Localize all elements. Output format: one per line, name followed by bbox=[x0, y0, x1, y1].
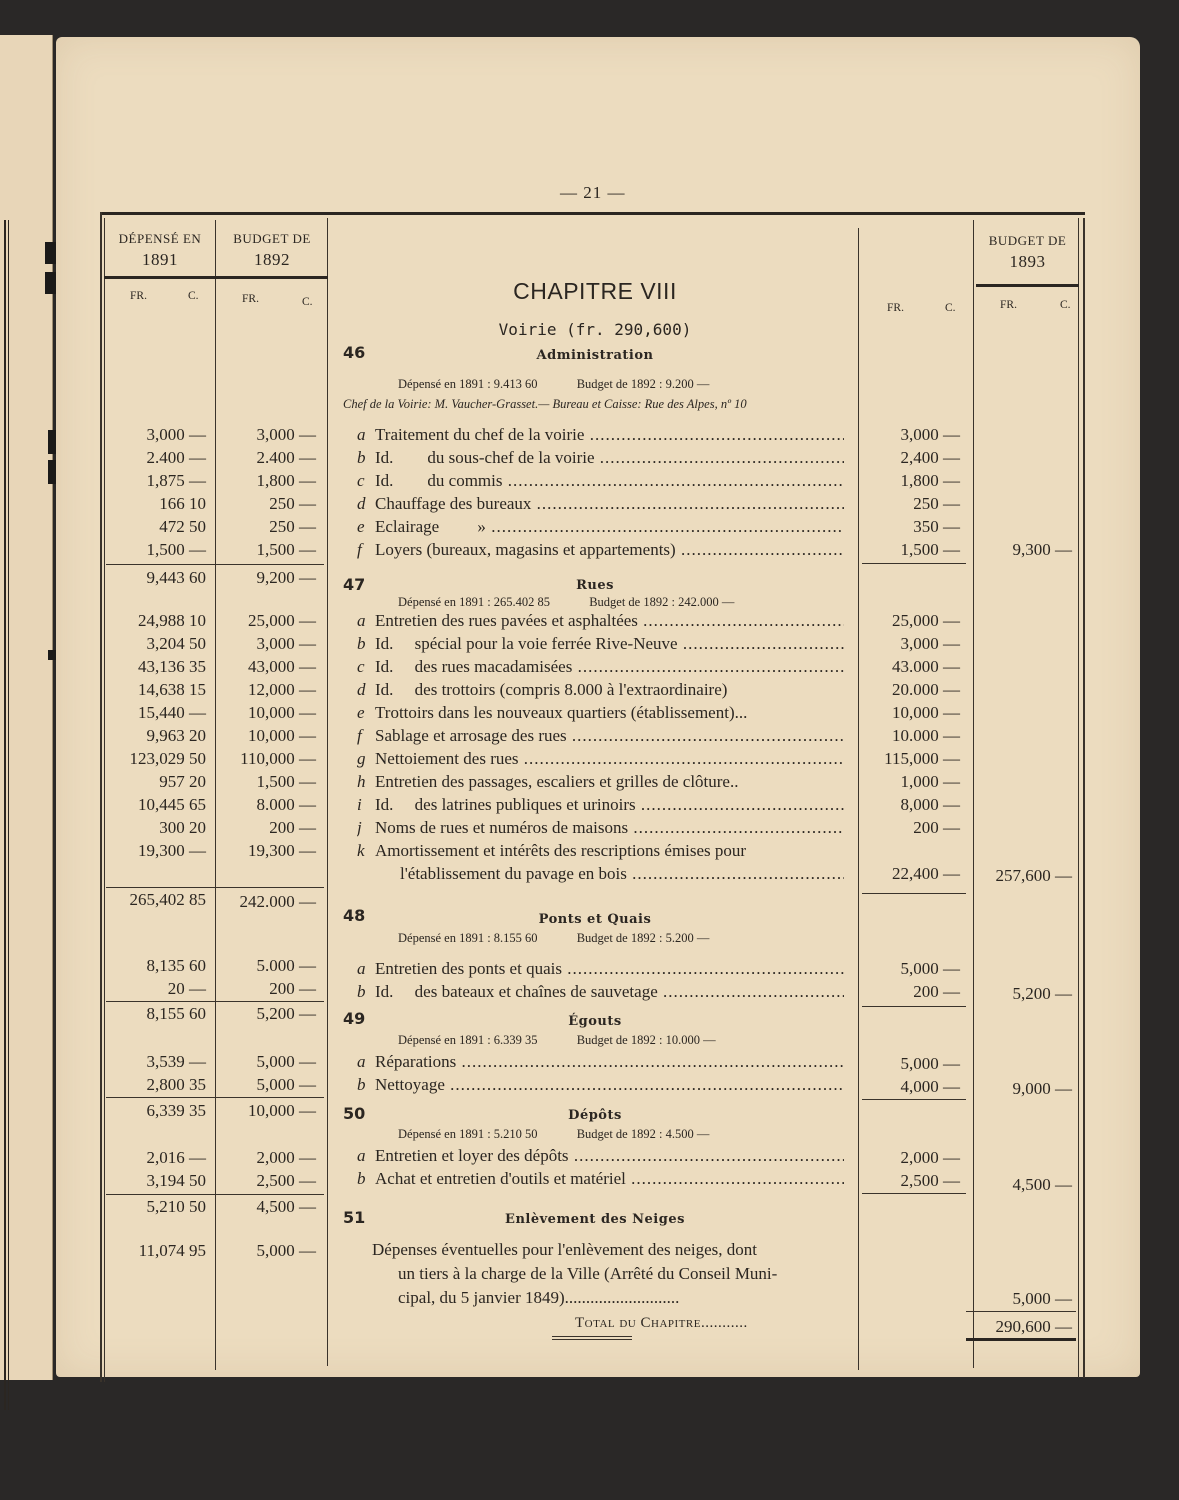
section-prior-info: Dépensé en 1891 : 5.210 50 Budget de 189… bbox=[398, 1127, 709, 1142]
text-line: cipal, du 5 janvier 1849)...............… bbox=[372, 1286, 842, 1310]
text-line: Dépenses éventuelles pour l'enlèvement d… bbox=[372, 1238, 842, 1262]
header-year: 1893 bbox=[975, 251, 1080, 272]
value-1891: 166 10 bbox=[104, 494, 206, 514]
value-1892: 1,800 — bbox=[218, 471, 316, 491]
header-budget-1893: BUDGET DE 1893 bbox=[975, 230, 1080, 272]
item-label: Amortissement et intérêts des rescriptio… bbox=[375, 841, 746, 860]
item-label: Eclairage » bbox=[375, 517, 844, 536]
item-label: Entretien des rues pavées et asphaltées bbox=[375, 611, 844, 630]
section-total-1893: 9,300 — bbox=[975, 540, 1072, 560]
unit-c: C. bbox=[1060, 299, 1071, 311]
subtotal-1891: 8,155 60 bbox=[104, 1004, 206, 1024]
item-description: aEntretien des rues pavées et asphaltées bbox=[357, 611, 844, 631]
value-1891: 20 — bbox=[104, 979, 206, 999]
subtotal-1892: 9,200 — bbox=[218, 568, 316, 588]
col-separator-1 bbox=[215, 220, 216, 1370]
value-1893-item: 4,000 — bbox=[860, 1077, 960, 1097]
value-1893-item: 25,000 — bbox=[860, 611, 960, 631]
section-prior-info: Dépensé en 1891 : 8.155 60 Budget de 189… bbox=[398, 931, 709, 946]
section-title: Enlèvement des Neiges bbox=[340, 1212, 850, 1227]
budget-1892: Budget de 1892 : 9.200 — bbox=[577, 377, 710, 392]
value-1891: 10,445 65 bbox=[104, 795, 206, 815]
value-1892: 10,000 — bbox=[218, 726, 316, 746]
item-description-continued: l'établissement du pavage en bois bbox=[400, 864, 844, 884]
subtotal-rule bbox=[862, 1193, 966, 1194]
item-letter: b bbox=[357, 982, 375, 1002]
subtotal-rule bbox=[106, 887, 324, 888]
value-1892: 200 — bbox=[218, 818, 316, 838]
item-description: cId. des rues macadamisées bbox=[357, 657, 844, 677]
value-1893-item: 1,500 — bbox=[860, 540, 960, 560]
col-separator-4 bbox=[973, 220, 974, 1368]
value-1891: 24,988 10 bbox=[104, 611, 206, 631]
header-title: BUDGET DE bbox=[216, 228, 328, 249]
table-top-border bbox=[100, 212, 1085, 215]
value-1892: 110,000 — bbox=[218, 749, 316, 769]
subtotal-rule bbox=[862, 563, 966, 564]
item-label: Achat et entretien d'outils et matériel bbox=[375, 1169, 844, 1188]
section-total-1893: 5,200 — bbox=[975, 984, 1072, 1004]
header-budget-1892: BUDGET DE 1892 bbox=[216, 228, 328, 270]
total-double-rule bbox=[966, 1338, 1076, 1341]
value-1893-item: 2,500 — bbox=[860, 1171, 960, 1191]
unit-fr: FR. bbox=[242, 293, 259, 305]
chapter-total-value: 290,600 — bbox=[975, 1317, 1072, 1337]
item-letter: b bbox=[357, 634, 375, 654]
value-1893-item: 200 — bbox=[860, 982, 960, 1002]
item-label: Id. spécial pour la voie ferrée Rive-Neu… bbox=[375, 634, 844, 653]
value-1892: 5,000 — bbox=[218, 1075, 316, 1095]
unit-fr: FR. bbox=[887, 302, 904, 314]
item-description: bId. du sous-chef de la voirie bbox=[357, 448, 844, 468]
value-1893-item: 8,000 — bbox=[860, 795, 960, 815]
subtotal-rule bbox=[862, 1006, 966, 1007]
value-1893-item: 10,000 — bbox=[860, 703, 960, 723]
value-1891: 11,074 95 bbox=[104, 1241, 206, 1261]
value-1892: 200 — bbox=[218, 979, 316, 999]
table-right-border bbox=[1083, 218, 1085, 1378]
header-depense-1891: DÉPENSÉ EN 1891 bbox=[104, 228, 216, 270]
subtotal-rule bbox=[106, 1001, 324, 1002]
unit-c: C. bbox=[302, 296, 313, 308]
item-description: eTrottoirs dans les nouveaux quartiers (… bbox=[357, 703, 844, 723]
unit-fr: FR. bbox=[130, 290, 147, 302]
item-letter: e bbox=[357, 517, 375, 537]
item-description: fSablage et arrosage des rues bbox=[357, 726, 844, 746]
item-letter: e bbox=[357, 703, 375, 723]
item-label: Id. des rues macadamisées bbox=[375, 657, 844, 676]
depense-1891: Dépensé en 1891 : 265.402 85 bbox=[398, 595, 550, 610]
item-label: Réparations bbox=[375, 1052, 844, 1071]
item-letter: a bbox=[357, 1052, 375, 1072]
item-label: Id. des bateaux et chaînes de sauvetage bbox=[375, 982, 844, 1001]
chef-line: Chef de la Voirie: M. Vaucher-Grasset.— … bbox=[343, 397, 747, 412]
item-description: dId. des trottoirs (compris 8.000 à l'ex… bbox=[357, 680, 844, 700]
value-1893-item: 10.000 — bbox=[860, 726, 960, 746]
subtotal-rule bbox=[106, 564, 324, 565]
chapter-title: CHAPITRE VIII bbox=[340, 278, 850, 305]
item-description: iId. des latrines publiques et urinoirs bbox=[357, 795, 844, 815]
item-label: Loyers (bureaux, magasins et appartement… bbox=[375, 540, 844, 559]
item-letter: i bbox=[357, 795, 375, 815]
section-title: Dépôts bbox=[340, 1108, 850, 1123]
item-description: bId. des bateaux et chaînes de sauvetage bbox=[357, 982, 844, 1002]
col-separator-2 bbox=[327, 218, 328, 1366]
item-description: aRéparations bbox=[357, 1052, 844, 1072]
section-title: Administration bbox=[340, 348, 850, 363]
value-1892: 25,000 — bbox=[218, 611, 316, 631]
value-1892: 1,500 — bbox=[218, 540, 316, 560]
subtotal-1891: 265,402 85 bbox=[104, 890, 206, 910]
value-1893-item: 200 — bbox=[860, 818, 960, 838]
item-label: Entretien et loyer des dépôts bbox=[375, 1146, 844, 1165]
value-1892: 19,300 — bbox=[218, 841, 316, 861]
value-1893-item: 5,000 — bbox=[860, 1054, 960, 1074]
previous-page-rule bbox=[4, 220, 6, 1410]
value-1893-item: 20.000 — bbox=[860, 680, 960, 700]
value-1892: 250 — bbox=[218, 517, 316, 537]
item-label: Traitement du chef de la voirie bbox=[375, 425, 844, 444]
previous-page-edge bbox=[0, 35, 53, 1380]
item-description: aEntretien et loyer des dépôts bbox=[357, 1146, 844, 1166]
section-prior-info: Dépensé en 1891 : 9.413 60 Budget de 189… bbox=[398, 377, 709, 392]
value-1891: 2,016 — bbox=[104, 1148, 206, 1168]
page-number: — 21 — bbox=[560, 183, 626, 203]
section-total-1893: 5,000 — bbox=[975, 1289, 1072, 1309]
item-letter: d bbox=[357, 494, 375, 514]
item-letter: g bbox=[357, 749, 375, 769]
header-year: 1891 bbox=[104, 249, 216, 270]
item-letter: a bbox=[357, 959, 375, 979]
depense-1891: Dépensé en 1891 : 5.210 50 bbox=[398, 1127, 538, 1142]
value-1893-item: 2,000 — bbox=[860, 1148, 960, 1168]
value-1893-item: 3,000 — bbox=[860, 425, 960, 445]
chapter-total-label: Total du Chapitre........... bbox=[575, 1315, 748, 1332]
col-separator-3 bbox=[858, 228, 859, 1370]
budget-1892: Budget de 1892 : 10.000 — bbox=[577, 1033, 716, 1048]
header-rule-right bbox=[976, 284, 1079, 287]
item-letter: c bbox=[357, 471, 375, 491]
total-rule bbox=[966, 1311, 1076, 1312]
value-1892: 250 — bbox=[218, 494, 316, 514]
section-title: Ponts et Quais bbox=[340, 912, 850, 927]
value-1892: 43,000 — bbox=[218, 657, 316, 677]
section-title: Rues bbox=[340, 578, 850, 593]
value-1891: 1,500 — bbox=[104, 540, 206, 560]
value-1892: 10,000 — bbox=[218, 703, 316, 723]
item-letter: d bbox=[357, 680, 375, 700]
text-line: un tiers à la charge de la Ville (Arrêté… bbox=[372, 1262, 842, 1286]
header-title: BUDGET DE bbox=[975, 230, 1080, 251]
subtotal-1892: 10,000 — bbox=[218, 1101, 316, 1121]
value-1893-item: 22,400 — bbox=[860, 864, 960, 884]
value-1891: 19,300 — bbox=[104, 841, 206, 861]
unit-fr: FR. bbox=[1000, 299, 1017, 311]
value-1893-item: 2,400 — bbox=[860, 448, 960, 468]
section-prior-info: Dépensé en 1891 : 6.339 35 Budget de 189… bbox=[398, 1033, 716, 1048]
item-letter: j bbox=[357, 818, 375, 838]
value-1892: 2.400 — bbox=[218, 448, 316, 468]
value-1891: 300 20 bbox=[104, 818, 206, 838]
item-description: aTraitement du chef de la voirie bbox=[357, 425, 844, 445]
item-description: aEntretien des ponts et quais bbox=[357, 959, 844, 979]
item-label: Id. des latrines publiques et urinoirs bbox=[375, 795, 844, 814]
value-1893-item: 5,000 — bbox=[860, 959, 960, 979]
budget-1892: Budget de 1892 : 5.200 — bbox=[577, 931, 710, 946]
value-1891: 43,136 35 bbox=[104, 657, 206, 677]
value-1891: 9,963 20 bbox=[104, 726, 206, 746]
value-1891: 2,800 35 bbox=[104, 1075, 206, 1095]
value-1892: 8.000 — bbox=[218, 795, 316, 815]
header-title: DÉPENSÉ EN bbox=[104, 228, 216, 249]
item-description: hEntretien des passages, escaliers et gr… bbox=[357, 772, 844, 792]
value-1892: 3,000 — bbox=[218, 634, 316, 654]
value-1891: 3,000 — bbox=[104, 425, 206, 445]
value-1891: 1,875 — bbox=[104, 471, 206, 491]
value-1892: 12,000 — bbox=[218, 680, 316, 700]
subtotal-1891: 9,443 60 bbox=[104, 568, 206, 588]
value-1892: 3,000 — bbox=[218, 425, 316, 445]
value-1891: 957 20 bbox=[104, 772, 206, 792]
value-1891: 2.400 — bbox=[104, 448, 206, 468]
previous-page-rule bbox=[8, 220, 9, 1410]
item-letter: b bbox=[357, 1075, 375, 1095]
subtotal-rule bbox=[862, 1099, 966, 1100]
section-total-1893: 4,500 — bbox=[975, 1175, 1072, 1195]
value-1892: 2,000 — bbox=[218, 1148, 316, 1168]
value-1892: 5.000 — bbox=[218, 956, 316, 976]
depense-1891: Dépensé en 1891 : 9.413 60 bbox=[398, 377, 538, 392]
item-letter: h bbox=[357, 772, 375, 792]
item-letter: b bbox=[357, 448, 375, 468]
header-rule-left bbox=[104, 276, 328, 279]
value-1892: 5,000 — bbox=[218, 1052, 316, 1072]
value-1891: 14,638 15 bbox=[104, 680, 206, 700]
item-description: dChauffage des bureaux bbox=[357, 494, 844, 514]
item-description: bAchat et entretien d'outils et matériel bbox=[357, 1169, 844, 1189]
item-label: Entretien des ponts et quais bbox=[375, 959, 844, 978]
item-label: Id. du sous-chef de la voirie bbox=[375, 448, 844, 467]
item-letter: a bbox=[357, 1146, 375, 1166]
item-letter: k bbox=[357, 841, 375, 861]
item-label: Nettoiement des rues bbox=[375, 749, 844, 768]
chapter-subtitle: Voirie (fr. 290,600) bbox=[340, 320, 850, 339]
item-letter: a bbox=[357, 611, 375, 631]
item-letter: f bbox=[357, 726, 375, 746]
item-description: bId. spécial pour la voie ferrée Rive-Ne… bbox=[357, 634, 844, 654]
section-51-text: Dépenses éventuelles pour l'enlèvement d… bbox=[372, 1238, 842, 1310]
subtotal-1891: 6,339 35 bbox=[104, 1101, 206, 1121]
item-label: Trottoirs dans les nouveaux quartiers (é… bbox=[375, 703, 747, 722]
value-1893-item: 1,800 — bbox=[860, 471, 960, 491]
value-1891: 472 50 bbox=[104, 517, 206, 537]
item-description: bNettoyage bbox=[357, 1075, 844, 1095]
item-letter: f bbox=[357, 540, 375, 560]
unit-c: C. bbox=[945, 302, 956, 314]
table-left-border bbox=[100, 212, 102, 1382]
value-1891: 3,204 50 bbox=[104, 634, 206, 654]
section-total-1893: 9,000 — bbox=[975, 1079, 1072, 1099]
item-description: cId. du commis bbox=[357, 471, 844, 491]
section-title: Égouts bbox=[340, 1014, 850, 1029]
value-1891: 15,440 — bbox=[104, 703, 206, 723]
budget-1892: Budget de 1892 : 242.000 — bbox=[589, 595, 734, 610]
value-1891: 8,135 60 bbox=[104, 956, 206, 976]
value-1891: 123,029 50 bbox=[104, 749, 206, 769]
item-description: eEclairage » bbox=[357, 517, 844, 537]
section-total-1893: 257,600 — bbox=[975, 866, 1072, 886]
value-1893-item: 250 — bbox=[860, 494, 960, 514]
subtotal-rule bbox=[862, 893, 966, 894]
item-label: Id. des trottoirs (compris 8.000 à l'ext… bbox=[375, 680, 727, 699]
item-description: fLoyers (bureaux, magasins et appartemen… bbox=[357, 540, 844, 560]
unit-c: C. bbox=[188, 290, 199, 302]
item-description: gNettoiement des rues bbox=[357, 749, 844, 769]
value-1893-item: 115,000 — bbox=[860, 749, 960, 769]
section-prior-info: Dépensé en 1891 : 265.402 85 Budget de 1… bbox=[398, 595, 734, 610]
item-letter: a bbox=[357, 425, 375, 445]
item-description: jNoms de rues et numéros de maisons bbox=[357, 818, 844, 838]
item-letter: b bbox=[357, 1169, 375, 1189]
subtotal-1892: 242.000 — bbox=[218, 892, 316, 912]
value-1892: 5,000 — bbox=[218, 1241, 316, 1261]
item-label: l'établissement du pavage en bois bbox=[400, 864, 844, 883]
item-letter: c bbox=[357, 657, 375, 677]
subtotal-rule bbox=[106, 1097, 324, 1098]
item-label: Noms de rues et numéros de maisons bbox=[375, 818, 844, 837]
value-1892: 2,500 — bbox=[218, 1171, 316, 1191]
header-year: 1892 bbox=[216, 249, 328, 270]
depense-1891: Dépensé en 1891 : 8.155 60 bbox=[398, 931, 538, 946]
item-label: Chauffage des bureaux bbox=[375, 494, 844, 513]
value-1893-item: 350 — bbox=[860, 517, 960, 537]
value-1893-item: 43.000 — bbox=[860, 657, 960, 677]
item-label: Id. du commis bbox=[375, 471, 844, 490]
value-1892: 1,500 — bbox=[218, 772, 316, 792]
value-1893-item: 3,000 — bbox=[860, 634, 960, 654]
value-1891: 3,539 — bbox=[104, 1052, 206, 1072]
value-1893-item: 1,000 — bbox=[860, 772, 960, 792]
item-label: Sablage et arrosage des rues bbox=[375, 726, 844, 745]
depense-1891: Dépensé en 1891 : 6.339 35 bbox=[398, 1033, 538, 1048]
budget-1892: Budget de 1892 : 4.500 — bbox=[577, 1127, 710, 1142]
table-right-border-inner bbox=[1078, 218, 1079, 1378]
subtotal-1891: 5,210 50 bbox=[104, 1197, 206, 1217]
subtotal-1892: 4,500 — bbox=[218, 1197, 316, 1217]
ornament-rule bbox=[552, 1339, 632, 1340]
ornament-rule bbox=[552, 1336, 632, 1337]
subtotal-rule bbox=[106, 1194, 324, 1195]
item-label: Entretien des passages, escaliers et gri… bbox=[375, 772, 738, 791]
item-description: kAmortissement et intérêts des rescripti… bbox=[357, 841, 844, 861]
subtotal-1892: 5,200 — bbox=[218, 1004, 316, 1024]
value-1891: 3,194 50 bbox=[104, 1171, 206, 1191]
item-label: Nettoyage bbox=[375, 1075, 844, 1094]
